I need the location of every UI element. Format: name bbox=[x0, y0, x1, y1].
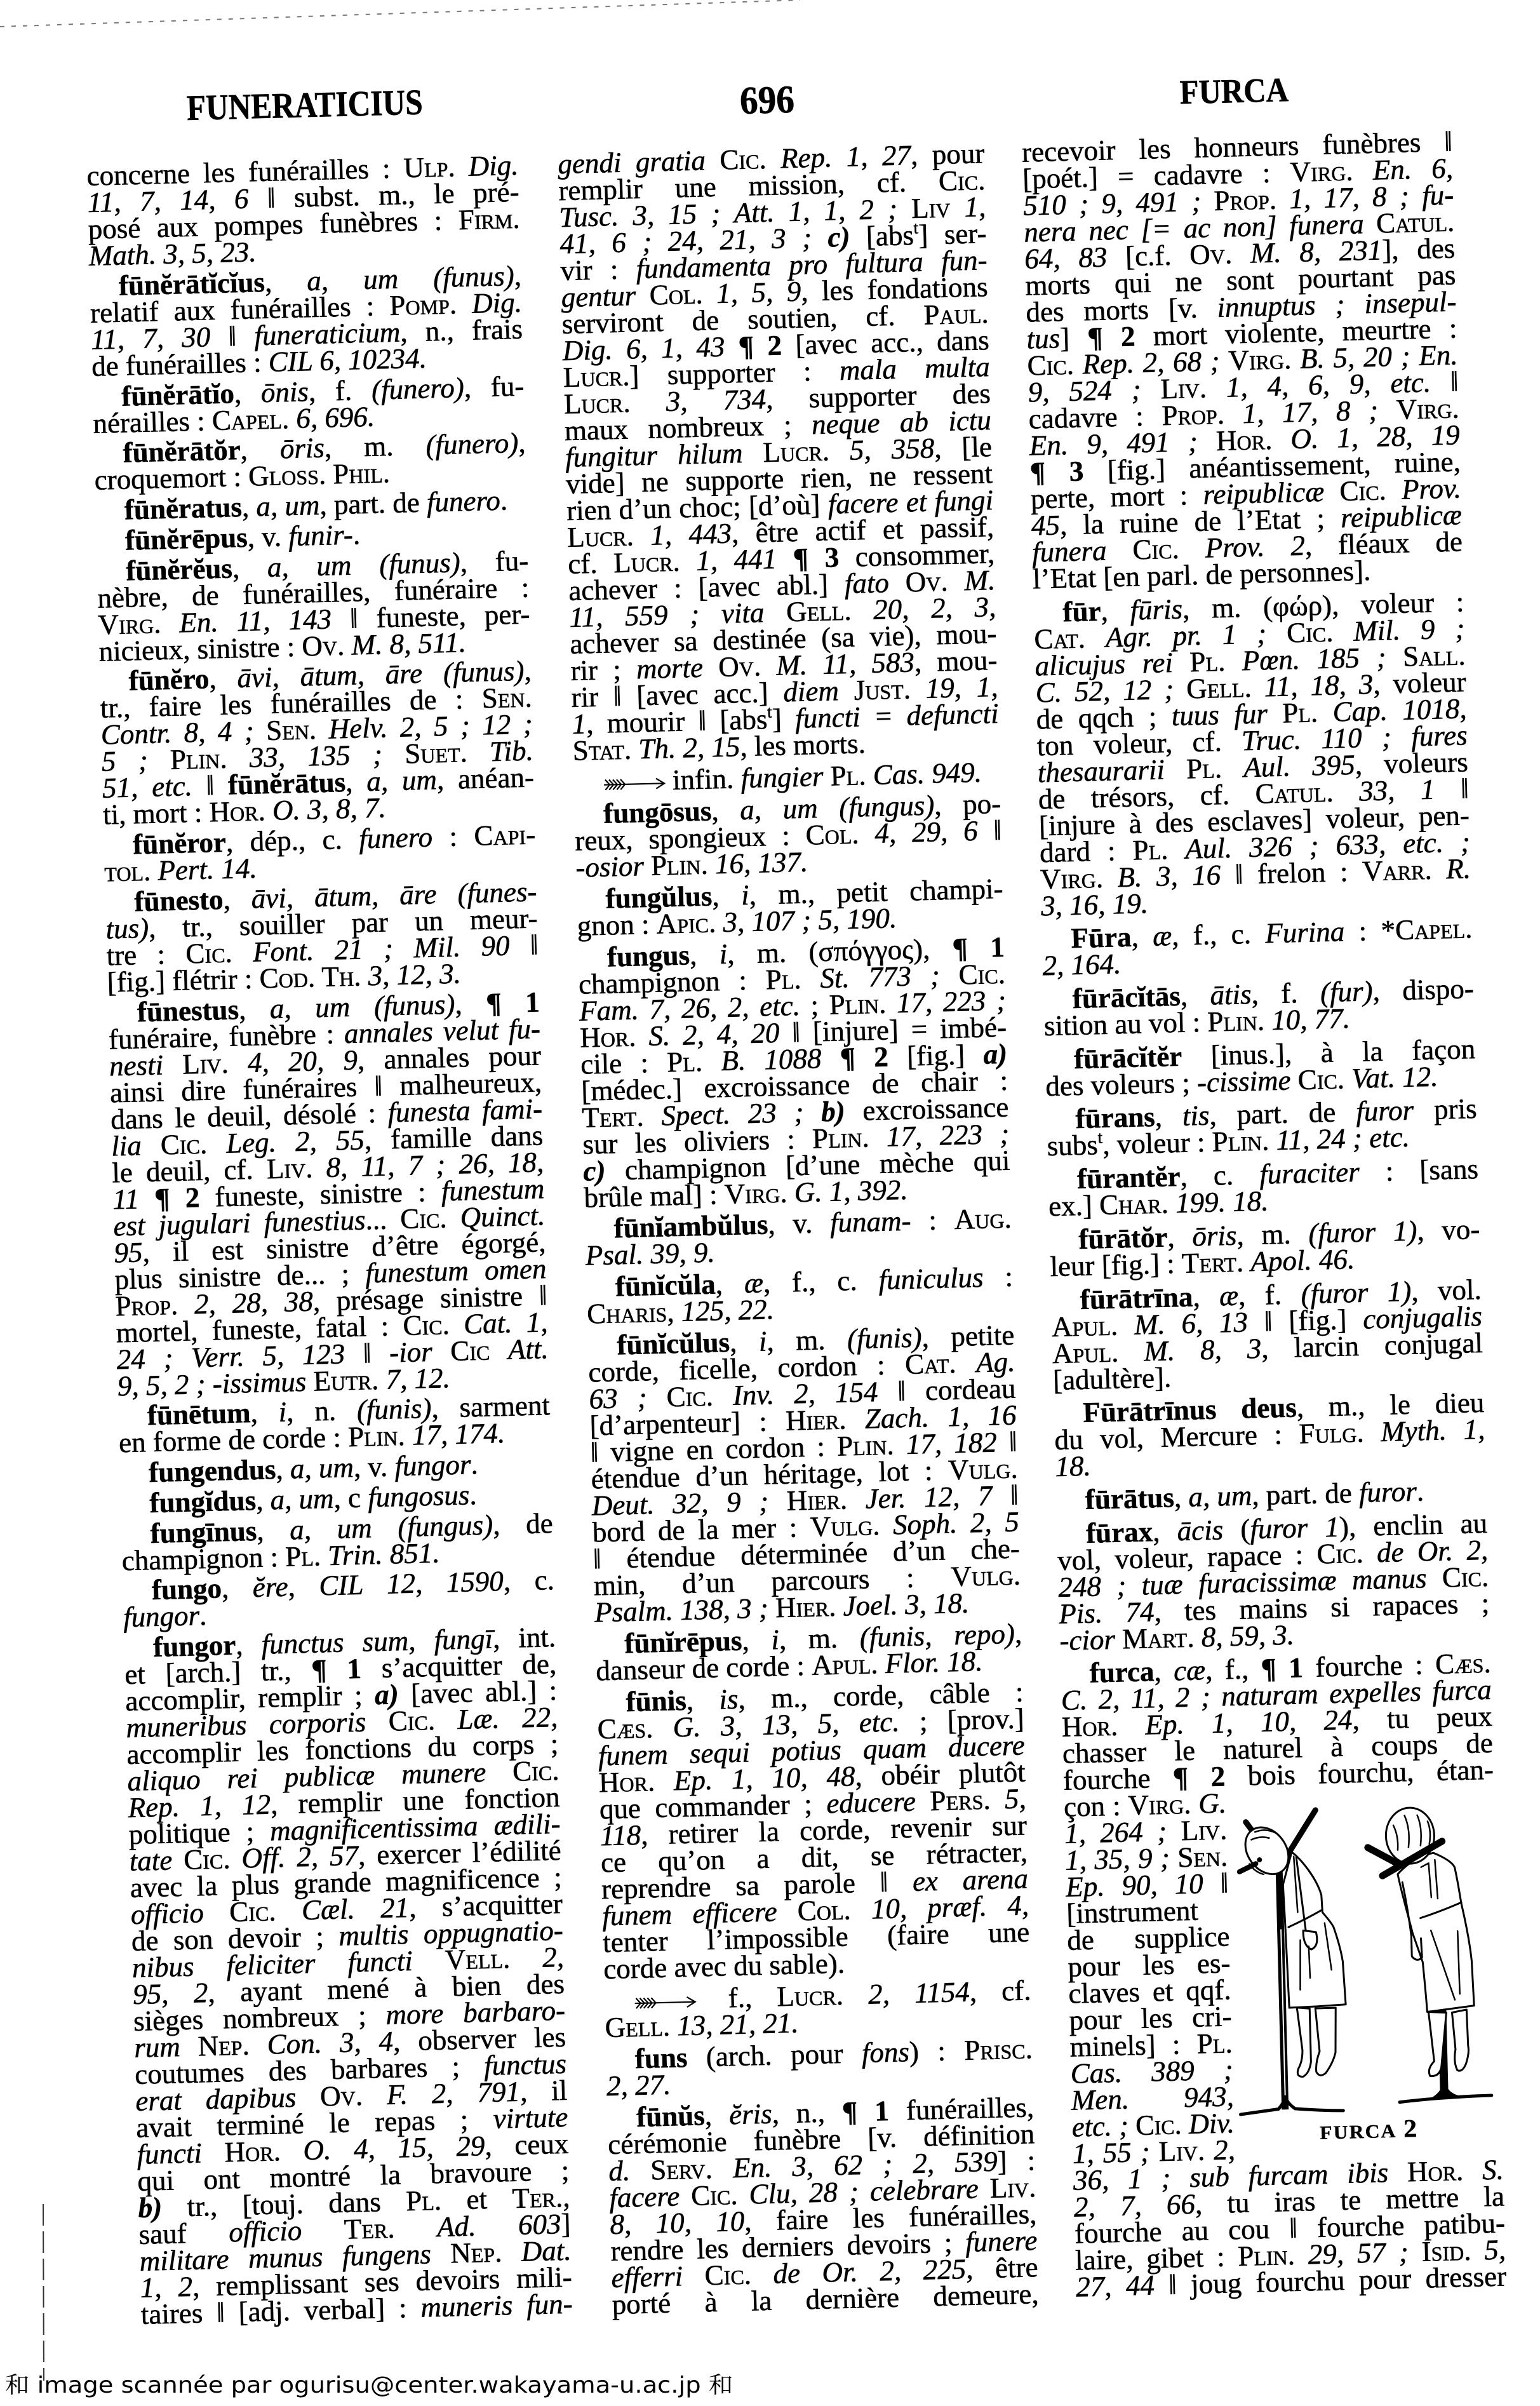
scan-credit: 和 image scannée par ogurisu@center.wakay… bbox=[5, 2374, 733, 2397]
author-citation: Eutr. bbox=[313, 1363, 379, 1397]
left-guide-word: FUNERATICIUS bbox=[186, 84, 423, 126]
author-citation: Mart. bbox=[1122, 1621, 1195, 1655]
author-citation: Plin. bbox=[347, 1420, 405, 1453]
author-citation: Capel. bbox=[1395, 913, 1472, 946]
dictionary-entry: fūr, fūris, m. (φώρ), voleur :Cat. Agr. … bbox=[1033, 588, 1472, 919]
italic-text: M. 8, 511. bbox=[351, 626, 467, 661]
dictionary-entry: fūnĕrātĭcĭus, a, um (funus),relatif aux … bbox=[89, 262, 523, 379]
author-citation: Hor. bbox=[209, 795, 265, 828]
dictionary-entry: fūrātŏr, ōris, m. (furor 1), vo-leur [fi… bbox=[1049, 1216, 1481, 1280]
bold-term: fungĭdus bbox=[149, 1484, 257, 1519]
italic-text: furaciter bbox=[1259, 1156, 1360, 1190]
author-citation: Charis bbox=[587, 1296, 667, 1330]
italic-text: 11, 24 ; etc. bbox=[1276, 1121, 1410, 1156]
author-citation: Plin. bbox=[1212, 1125, 1269, 1158]
italic-text: 3, 107 ; 5, 190. bbox=[723, 902, 897, 938]
entry-continuation: gendi gratia Cic. Rep. 1, 27, pourrempli… bbox=[558, 140, 1000, 764]
dictionary-entry: fungŭlus, i, m., petit champi-gnon : Api… bbox=[576, 875, 1004, 939]
usage-note: f., Lucr. 2, 1154, cf.Gell. 13, 21, 21. bbox=[604, 1977, 1032, 2041]
dictionary-entry: fūrācĭtās, ātis, f. (fur), dispo-sition … bbox=[1043, 975, 1475, 1039]
column-left: concerne les funérailles : Ulp. Dig.11, … bbox=[86, 152, 573, 2328]
author-citation: Hier. bbox=[775, 1590, 836, 1623]
feathered-arrow-icon bbox=[603, 775, 667, 793]
italic-text: Trin. 851. bbox=[328, 1536, 441, 1571]
author-citation: Prisc. bbox=[964, 2033, 1033, 2066]
author-citation: Varr. bbox=[1362, 853, 1432, 887]
entry-line: etc. ; Cic. Div. bbox=[1071, 2110, 1235, 2141]
dictionary-page: FUNERATICIUS 696 FURCA concerne les funé… bbox=[0, 0, 1540, 2406]
author-citation: Pl. bbox=[285, 1540, 321, 1572]
author-citation: Virg. bbox=[724, 1176, 787, 1209]
italic-text: 17, 174. bbox=[412, 1417, 505, 1451]
italic-text: 7, 12. bbox=[385, 1362, 450, 1395]
bold-term: fūrātus bbox=[1085, 1481, 1174, 1516]
author-citation: Col. bbox=[805, 817, 859, 850]
superscript: t bbox=[913, 218, 918, 237]
italic-text: 27, 44 bbox=[1076, 2269, 1155, 2303]
italic-text: 2, 27. bbox=[606, 2069, 671, 2102]
right-hanged-figure bbox=[1367, 1806, 1492, 2103]
italic-text: Joel. 3, 18. bbox=[843, 1587, 970, 1622]
italic-text: Furina bbox=[1265, 916, 1345, 950]
dictionary-entry: Fūrātrīnus deus, m., le dieudu vol, Merc… bbox=[1054, 1389, 1486, 1480]
bold-term: fūnĕrēpus bbox=[125, 521, 248, 556]
author-citation: Cic bbox=[450, 1334, 490, 1367]
page-number: 696 bbox=[739, 80, 795, 121]
dictionary-entry: fūnētum, i, n. (funis), sarmenten forme … bbox=[118, 1392, 551, 1456]
italic-text: a, um bbox=[1188, 1479, 1252, 1513]
italic-text: æ bbox=[1152, 920, 1172, 953]
italic-text: Pert. 14. bbox=[157, 852, 257, 887]
head bbox=[1385, 1807, 1435, 1864]
dictionary-entry: fūnĭrēpus, i, m. (funis, repo),danseur d… bbox=[595, 1620, 1023, 1684]
italic-text: CIL 12, 1590 bbox=[319, 1565, 504, 1601]
ground-line bbox=[1400, 2095, 1492, 2102]
dictionary-entry: fūrācĭtĕr [inus.], à la façondes voleurs… bbox=[1045, 1035, 1476, 1099]
italic-text: a, um bbox=[256, 489, 320, 523]
italic-text: Div. bbox=[1188, 2107, 1235, 2141]
author-citation: Gloss. Phil. bbox=[248, 457, 390, 492]
author-citation: Capel. bbox=[211, 403, 289, 436]
italic-text: 199. 18. bbox=[1175, 1185, 1269, 1220]
dictionary-entry: fūnĭcŭlus, i, m. (funis), petitecorde, f… bbox=[587, 1322, 1021, 1626]
dictionary-entry: fūrātus, a, um, part. de furor. bbox=[1055, 1476, 1487, 1514]
author-citation: Char. bbox=[1099, 1188, 1168, 1221]
dictionary-entry: fūnĕror, dép., c. funero : Capi-tol. Per… bbox=[104, 821, 537, 885]
author-citation: Plin. bbox=[651, 848, 709, 881]
italic-text: 18. bbox=[1055, 1450, 1091, 1482]
dictionary-entry: fungōsus, a, um (fungus), po-reux, spong… bbox=[574, 790, 1003, 881]
dictionary-entry: fūrantĕr, c. furaciter : [sansex.] Char.… bbox=[1048, 1155, 1480, 1220]
author-citation: Apic. bbox=[656, 906, 716, 939]
italic-text: 2, 164. bbox=[1042, 948, 1122, 982]
robe bbox=[1282, 1851, 1346, 2008]
author-citation: Ov. bbox=[302, 629, 345, 662]
italic-text: Psalm. 138, 3 ; bbox=[594, 1592, 768, 1629]
italic-text: 10, 77. bbox=[1271, 1002, 1351, 1036]
dictionary-entry: funs (arch. pour fons) : Prisc.2, 27. bbox=[605, 2035, 1033, 2099]
dictionary-entry: fungor, functus sum, fungī, int.et [arch… bbox=[124, 1623, 573, 2328]
author-citation: Stat. bbox=[572, 734, 632, 767]
scan-edge-line bbox=[43, 2204, 44, 2381]
entry-continuation: recevoir les honneurs funèbres ‖[poét.] … bbox=[1022, 128, 1464, 593]
dictionary-entry: fūnĕrĕus, a, um (funus), fu-nèbre, de fu… bbox=[97, 547, 531, 664]
dictionary-entry: fūnesto, āvi, ātum, āre (funes-tus), tr.… bbox=[105, 878, 539, 995]
italic-text: 3, 16, 19. bbox=[1041, 887, 1149, 922]
figure-caption: FURCA 2 bbox=[1320, 2114, 1417, 2148]
furca-illustration bbox=[1229, 1794, 1510, 2118]
bold-term: fungendus bbox=[149, 1453, 276, 1488]
entry-line: fūrātus, a, um, part. de furor. bbox=[1055, 1476, 1487, 1514]
dictionary-entry: fungīnus, a, um (fungus), dechampignon :… bbox=[121, 1510, 554, 1574]
italic-text: fungier bbox=[740, 760, 824, 794]
italic-text: 125, 22. bbox=[681, 1294, 774, 1328]
author-citation: Apul. bbox=[812, 1648, 878, 1681]
italic-text: muneris fun- bbox=[420, 2288, 573, 2323]
dictionary-entry: fūnestus, a, um (funus), ¶ 1funéraire, f… bbox=[107, 988, 549, 1399]
author-citation: Gell. bbox=[605, 2010, 671, 2044]
dictionary-entry: fūnĭambŭlus, v. funam- : Aug.Psal. 39, 9… bbox=[584, 1205, 1012, 1269]
legs bbox=[1428, 2010, 1470, 2076]
italic-text: R. bbox=[1446, 852, 1471, 885]
dictionary-entry: fūnĕro, āvi, ātum, āre (funus),tr., fair… bbox=[99, 657, 535, 828]
italic-text: 2, 1154 bbox=[868, 1976, 970, 2010]
dictionary-entry: fūrans, tis, part. de furor prissubst, v… bbox=[1046, 1096, 1478, 1160]
italic-text: funero bbox=[426, 485, 500, 518]
italic-text: 3, 12, 3. bbox=[368, 957, 461, 991]
italic-text: etc. ; bbox=[1071, 2110, 1128, 2143]
caption-label: FURCA bbox=[1320, 2121, 1397, 2144]
author-citation: Firm. bbox=[458, 203, 520, 236]
italic-text: fungor bbox=[394, 1448, 471, 1482]
author-citation: Fulg. bbox=[1299, 1416, 1364, 1450]
italic-text: fungosus bbox=[368, 1479, 470, 1513]
italic-text: funam- bbox=[829, 1205, 911, 1239]
italic-text: Psal. 39, 9. bbox=[585, 1237, 715, 1272]
italic-text: funiculus bbox=[878, 1261, 984, 1296]
italic-text: fons bbox=[861, 2036, 909, 2069]
italic-text: -cissime bbox=[1196, 1064, 1291, 1098]
author-citation: Pl. bbox=[830, 759, 866, 791]
dictionary-entry: fūnŭs, ĕris, n., ¶ 1 funérailles,cérémon… bbox=[607, 2093, 1039, 2318]
superscript: t bbox=[767, 702, 772, 721]
italic-text: G. 1, 392. bbox=[794, 1173, 908, 1208]
italic-text: 16, 137. bbox=[714, 845, 808, 880]
italic-text: funir- bbox=[288, 518, 354, 552]
author-citation: Capi- bbox=[474, 818, 536, 851]
italic-text: 6, 696. bbox=[296, 400, 375, 434]
dictionary-entry: fūnis, is, m., corde, câble :Cæs. G. 3, … bbox=[596, 1678, 1030, 1982]
dictionary-entry: Fūra, æ, f., c. Furina : *Capel.2, 164. bbox=[1041, 915, 1473, 979]
italic-text: a, um bbox=[290, 1451, 354, 1485]
column-middle: gendi gratia Cic. Rep. 1, 27, pourrempli… bbox=[558, 140, 1039, 2318]
author-citation: tol. bbox=[104, 855, 151, 888]
dictionary-entry: fungus, i, m. (σπόγγος), ¶ 1champignon :… bbox=[577, 933, 1010, 1211]
dictionary-entry: fūnĭcŭla, æ, f., c. funiculus :Charis, 1… bbox=[586, 1263, 1014, 1327]
italic-text: Apol. 46. bbox=[1250, 1243, 1355, 1277]
italic-text: Cas. 949. bbox=[873, 756, 982, 791]
superscript: t bbox=[1097, 1128, 1102, 1147]
italic-text: a, um bbox=[270, 1482, 334, 1516]
author-citation: Aug. bbox=[954, 1202, 1012, 1235]
italic-text: funero bbox=[359, 821, 433, 855]
author-citation: Tert. bbox=[1181, 1246, 1243, 1279]
legs bbox=[1296, 2006, 1337, 2077]
italic-text: O. 3, 8, 7. bbox=[272, 792, 386, 827]
bold-term: fūnĕratus bbox=[124, 491, 242, 526]
left-hanged-figure bbox=[1233, 1810, 1348, 2114]
italic-text: 13, 21, 21. bbox=[677, 2006, 799, 2041]
italic-text: Flor. 18. bbox=[885, 1645, 983, 1679]
italic-text: (funero) bbox=[371, 372, 464, 406]
caption-number: 2 bbox=[1403, 2114, 1417, 2143]
dictionary-entry: fūnĕrātĭo, ōnis, f. (funero), fu-néraill… bbox=[92, 372, 525, 436]
author-citation: Cod. Th. bbox=[259, 960, 361, 994]
italic-text: (funero) bbox=[425, 427, 519, 461]
italic-text: furor bbox=[1358, 1475, 1417, 1509]
dictionary-entry: fungo, ĕre, CIL 12, 1590, c.fungor. bbox=[122, 1566, 555, 1630]
italic-text: Att. bbox=[507, 1333, 549, 1366]
italic-text: ĕre bbox=[252, 1571, 288, 1603]
feathered-arrow-icon bbox=[633, 1994, 697, 2012]
dictionary-entry: fūrax, ācis (furor 1), enclin auvol, vol… bbox=[1057, 1509, 1490, 1653]
italic-text: -cior bbox=[1059, 1623, 1116, 1656]
right-guide-word: FURCA bbox=[1179, 72, 1289, 109]
italic-text: 8, 59, 3. bbox=[1201, 1618, 1294, 1653]
entry-continuation: concerne les funérailles : Ulp. Dig.11, … bbox=[86, 152, 521, 269]
italic-text: 4, 29, 6 bbox=[874, 815, 978, 849]
italic-text: Th. 2, 15 bbox=[638, 730, 740, 765]
italic-text: fungor bbox=[123, 1599, 199, 1633]
italic-text: Myth. 1, bbox=[1381, 1413, 1485, 1448]
dictionary-entry: fūnĕrātŏr, ōris, m. (funero),croquemort … bbox=[93, 429, 526, 494]
italic-text: -osior bbox=[575, 850, 645, 884]
author-citation: Plin. bbox=[1207, 1005, 1265, 1038]
dictionary-entry: fūrātrīna, æ, f. (furor 1), vol.Apul. M.… bbox=[1050, 1276, 1483, 1394]
ground-line bbox=[1240, 2095, 1344, 2114]
author-citation: Cic. bbox=[1135, 2109, 1182, 2142]
italic-text: Vat. 12. bbox=[1351, 1060, 1438, 1094]
author-citation: Cic. bbox=[1297, 1063, 1345, 1096]
